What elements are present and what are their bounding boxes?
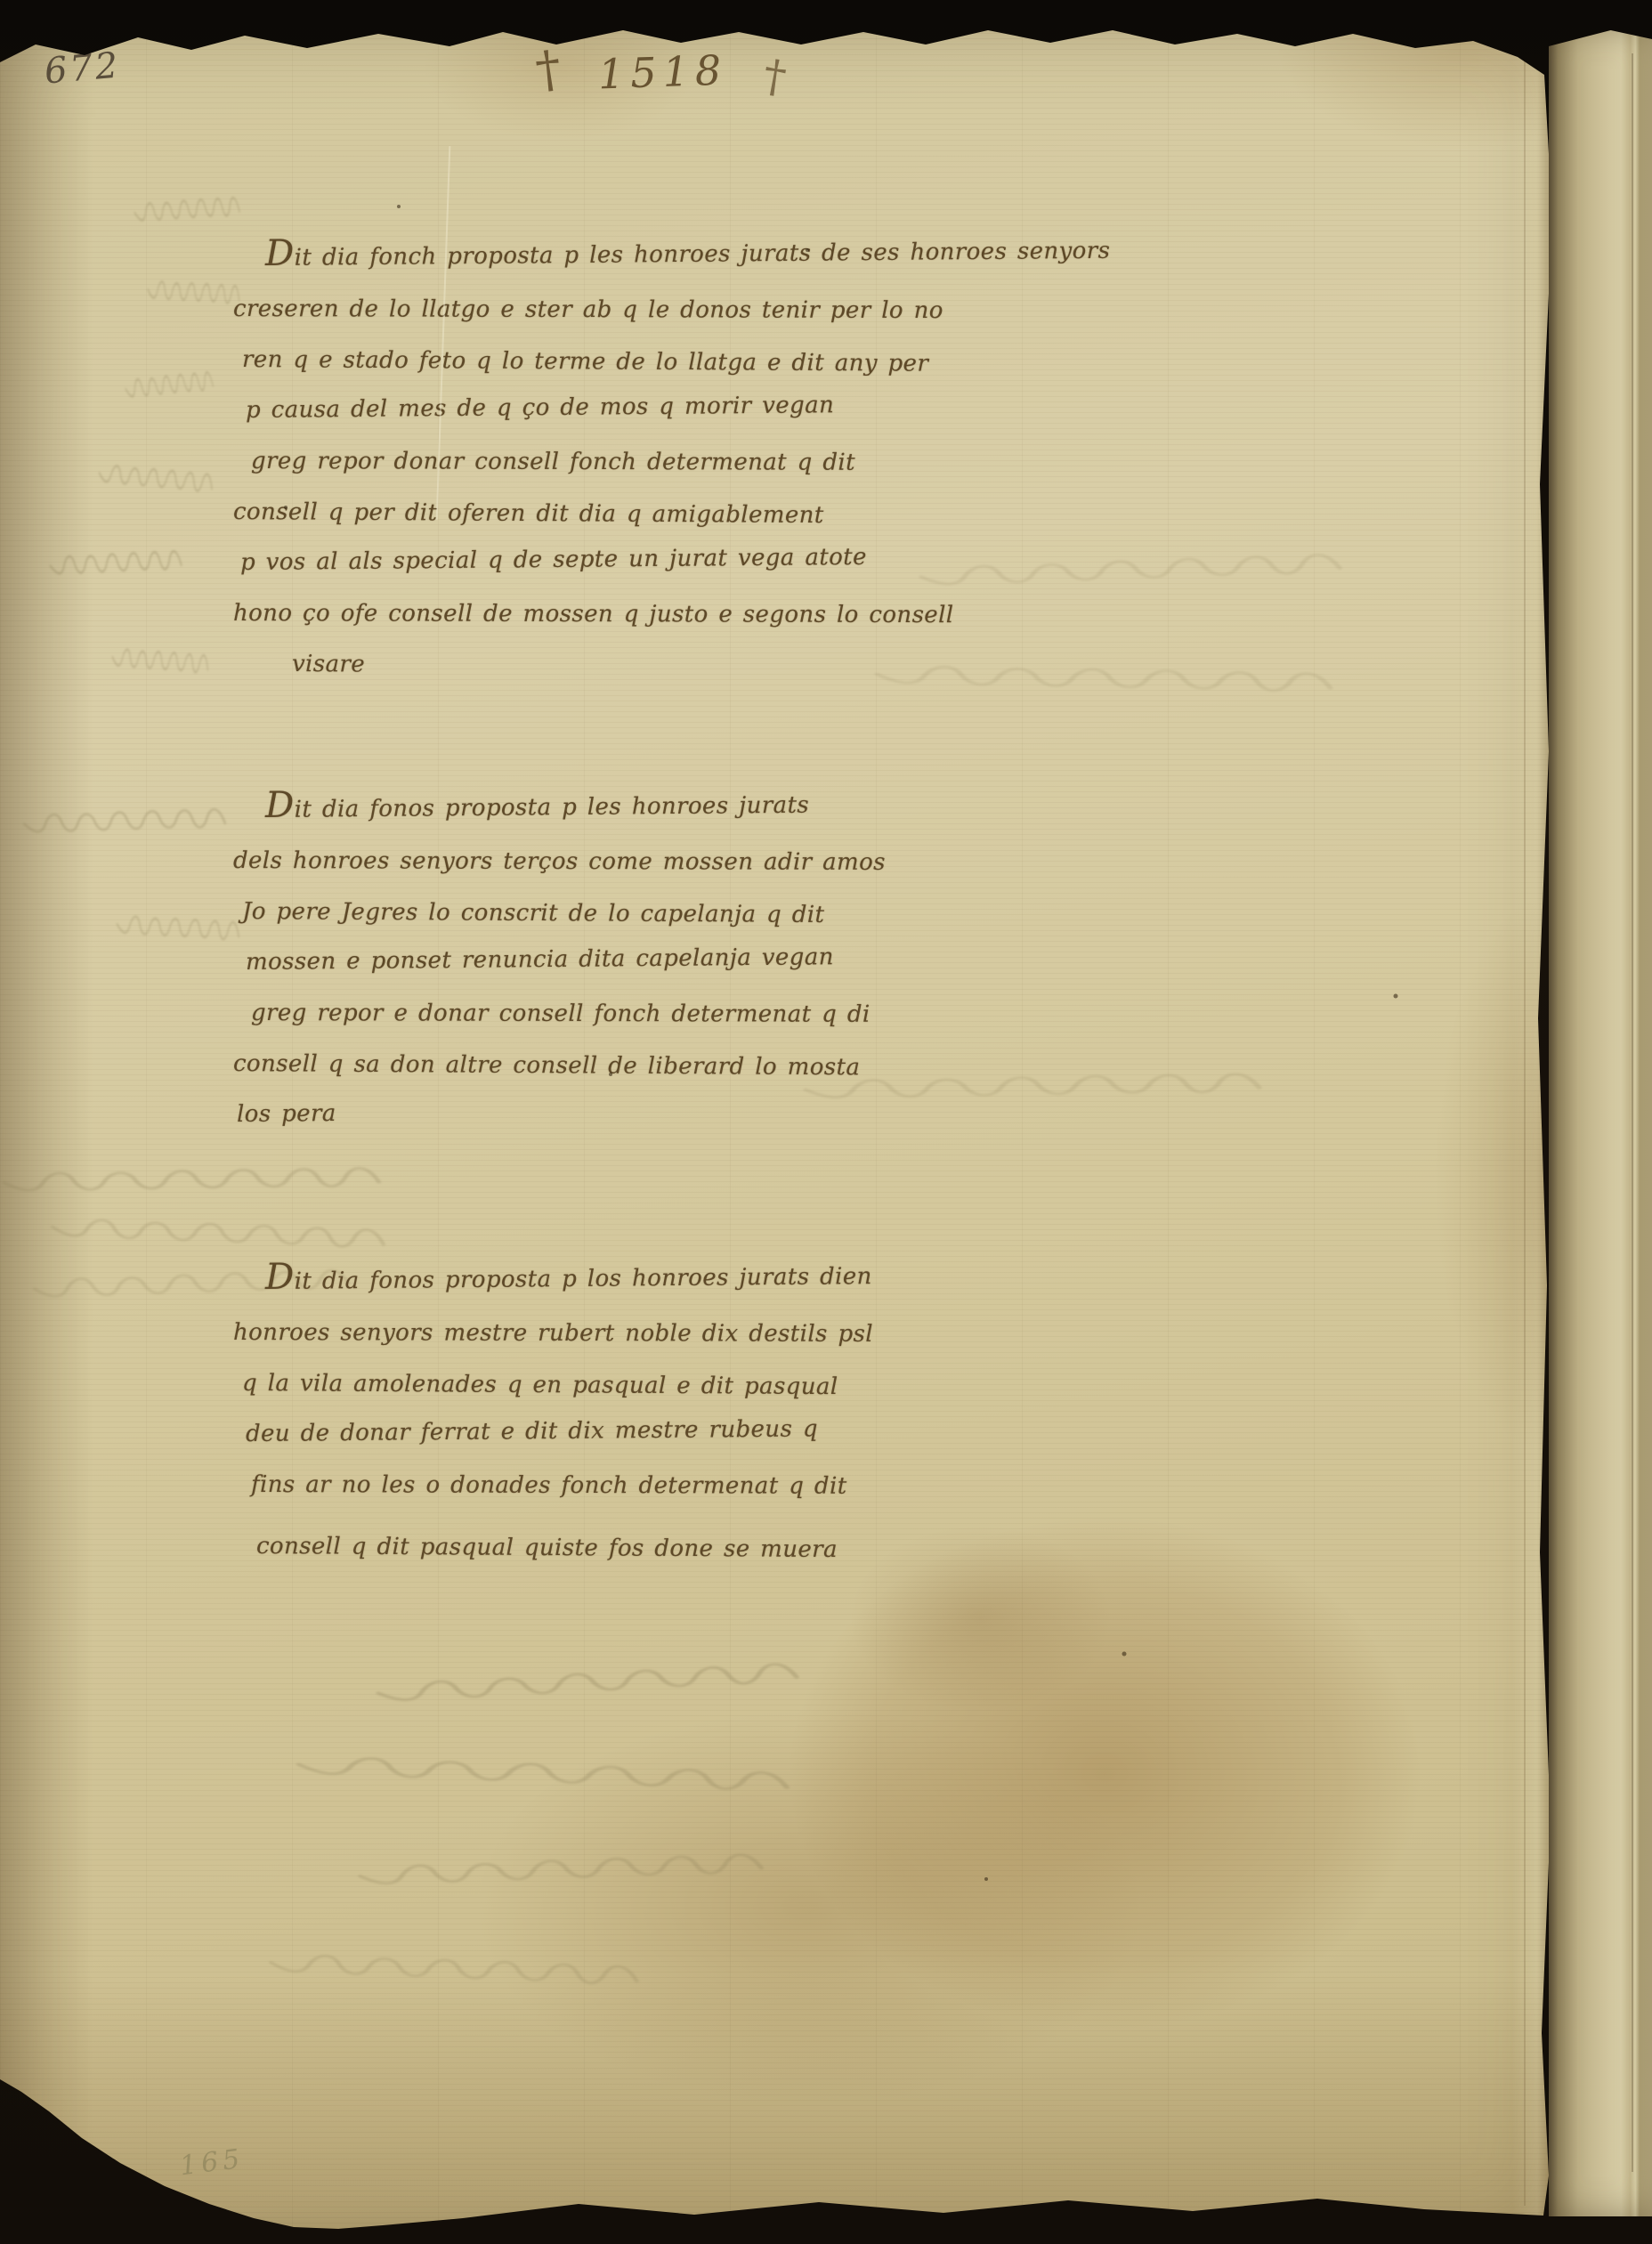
manuscript-line: dels honroes senyors terços come mossen … — [233, 836, 886, 888]
show-through-writing — [123, 366, 215, 405]
show-through-writing — [110, 643, 210, 680]
manuscript-line: visare — [292, 639, 1111, 695]
manuscript-line: Dit dia fonos proposta p los honroes jur… — [265, 1246, 874, 1308]
cross-mark-icon: † — [532, 40, 564, 101]
manuscript-line: Dit dia fonos proposta p les honroes jur… — [265, 774, 886, 836]
cross-mark-icon: † — [760, 49, 790, 103]
show-through-writing — [373, 1657, 801, 1709]
leaf-edge-line — [1632, 53, 1633, 2172]
manuscript-line: greg repor e donar consell fonch determe… — [251, 988, 886, 1041]
show-through-writing — [0, 1162, 383, 1198]
folio-number: 672 — [43, 45, 122, 92]
manuscript-line: creseren de lo llatgo e ster ab q le don… — [233, 284, 1110, 337]
manuscript-line: mossen e ponset renuncia dita capelanja … — [246, 932, 886, 988]
page-crease — [1524, 61, 1526, 2206]
manuscript-line: honroes senyors mestre rubert noble dix … — [233, 1308, 873, 1360]
manuscript-line: consell q dit pasqual quiste fos done se… — [256, 1521, 873, 1576]
show-through-writing — [48, 545, 183, 582]
paragraph-1: Dit dia fonch proposta p les honroes jur… — [233, 228, 1110, 690]
show-through-writing — [115, 910, 241, 946]
page-header: † 1518 † — [536, 41, 787, 99]
manuscript-line: los pera — [237, 1084, 886, 1140]
show-through-writing — [49, 1212, 388, 1254]
facing-page-edge — [1549, 27, 1652, 2216]
pencil-foliation: 165 — [178, 2143, 246, 2183]
show-through-writing — [97, 458, 215, 498]
manuscript-line: fins ar no les o donades fonch determena… — [251, 1460, 873, 1512]
manuscript-page: 672 † 1518 † Dit dia fonch proposta p le… — [0, 21, 1556, 2240]
year-annotation: 1518 — [597, 45, 728, 98]
manuscript-line: p vos al als special q de septe un jurat… — [240, 530, 1111, 588]
manuscript-line: deu de donar ferrat e dit dix mestre rub… — [246, 1404, 873, 1460]
manuscript-line: hono ço ofe consell de mossen q justo e … — [233, 588, 1110, 642]
manuscript-line: Dit dia fonch proposta p les honroes jur… — [265, 221, 1111, 284]
paragraph-3: Dit dia fonos proposta p los honroes jur… — [233, 1252, 873, 1572]
ink-specks — [0, 21, 2, 23]
photo-background: 672 † 1518 † Dit dia fonch proposta p le… — [0, 0, 1652, 2244]
manuscript-line: p causa del mes de q ço de mos q morir v… — [246, 378, 1111, 436]
show-through-writing — [356, 1848, 766, 1892]
show-through-writing — [294, 1750, 793, 1798]
manuscript-line: greg repor donar consell fonch determena… — [251, 436, 1110, 490]
show-through-writing — [146, 275, 241, 310]
show-through-writing — [21, 803, 227, 840]
show-through-writing — [267, 1948, 642, 1992]
show-through-writing — [133, 191, 241, 229]
paragraph-2: Dit dia fonos proposta p les honroes jur… — [233, 780, 886, 1140]
